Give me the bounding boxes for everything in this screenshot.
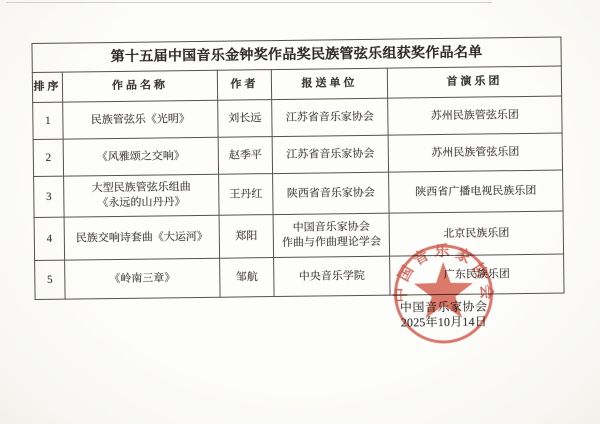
document-content: 第十五届中国音乐金钟奖作品奖民族管弦乐组获奖作品名单 排序 作品名称 作者 报送… [0, 0, 600, 424]
table-row: 2 《风雅颂之交响》 赵季平 江苏省音乐家协会 苏州民族管弦乐团 [33, 133, 562, 176]
cell-rank: 3 [34, 176, 64, 217]
cell-submitting-unit: 江苏省音乐家协会 [272, 98, 388, 136]
cell-author: 赵季平 [218, 137, 272, 175]
cell-premiere-orchestra: 陕西省广播电视民族乐团 [389, 170, 563, 213]
cell-rank: 5 [35, 260, 65, 299]
column-header-premiere-orchestra: 首演乐团 [387, 66, 561, 98]
cell-work-title: 大型民族管弦乐组曲 《永远的山丹丹》 [64, 174, 219, 217]
cell-submitting-unit: 中央音乐学院 [274, 256, 390, 296]
cell-work-title: 《岭南三章》 [65, 258, 220, 299]
cell-author: 郑阳 [219, 215, 274, 259]
table-row: 3 大型民族管弦乐组曲 《永远的山丹丹》 王丹红 陕西省音乐家协会 陕西省广播电… [34, 170, 563, 217]
cell-work-title: 民族交响诗套曲《大运河》 [64, 215, 220, 260]
cell-author: 刘长远 [218, 100, 272, 138]
cell-submitting-unit: 陕西省音乐家协会 [273, 172, 389, 214]
cell-author: 王丹红 [219, 174, 273, 216]
cell-rank: 1 [33, 102, 63, 139]
official-seal-stamp: 中国音乐家协会 [390, 242, 497, 349]
table-row: 1 民族管弦乐《光明》 刘长远 江苏省音乐家协会 苏州民族管弦乐团 [33, 96, 562, 139]
seal-star-icon [414, 262, 474, 319]
cell-work-title: 民族管弦乐《光明》 [63, 100, 218, 139]
column-header-author: 作者 [217, 70, 271, 101]
cell-submitting-unit: 中国音乐家协会 作曲与作曲理论学会 [273, 213, 390, 257]
cell-rank: 2 [33, 139, 63, 176]
cell-rank: 4 [34, 217, 65, 260]
cell-submitting-unit: 江苏省音乐家协会 [272, 135, 388, 173]
cell-work-title: 《风雅颂之交响》 [63, 137, 218, 176]
cell-premiere-orchestra: 苏州民族管弦乐团 [388, 96, 562, 135]
cell-author: 邹航 [220, 258, 274, 298]
column-header-submitting-unit: 报送单位 [271, 68, 387, 99]
column-header-rank: 排序 [32, 72, 62, 102]
scanned-page: 第十五届中国音乐金钟奖作品奖民族管弦乐组获奖作品名单 排序 作品名称 作者 报送… [0, 0, 600, 424]
cell-premiere-orchestra: 苏州民族管弦乐团 [388, 133, 562, 172]
column-header-work-title: 作品名称 [62, 70, 217, 102]
